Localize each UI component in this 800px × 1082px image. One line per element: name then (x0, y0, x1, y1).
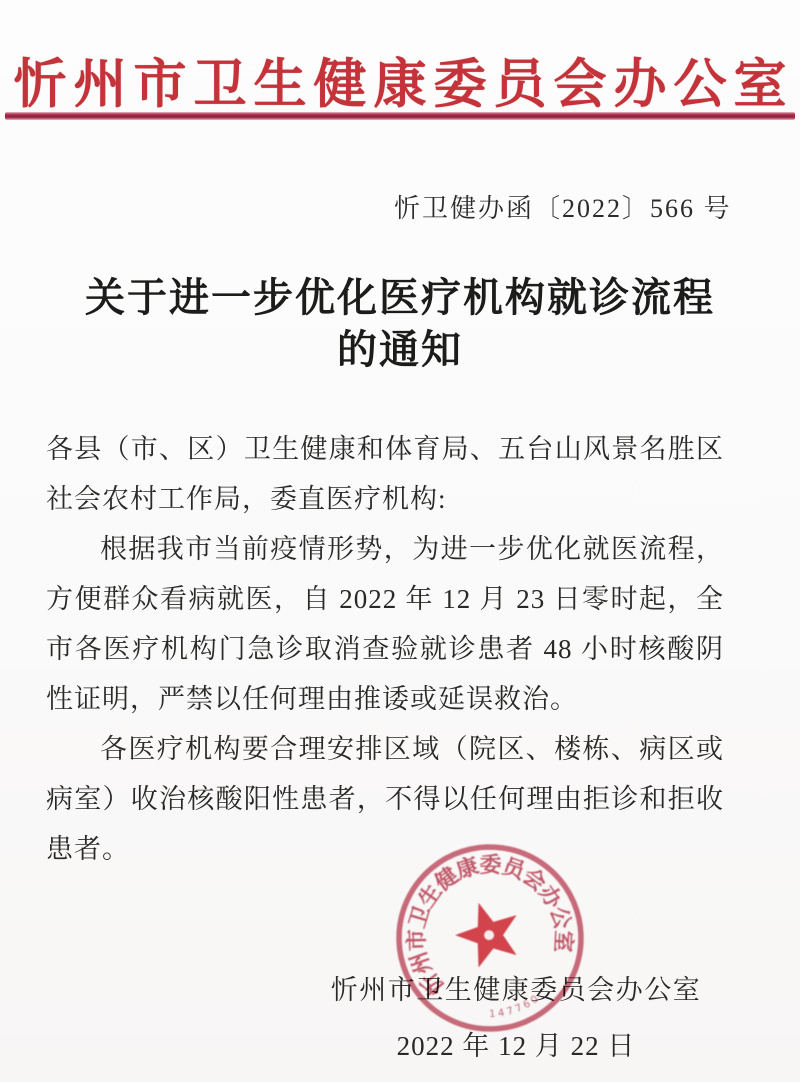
signature-date: 2022 年 12 月 22 日 (318, 1024, 714, 1063)
doc-body: 各县（市、区）卫生健康和体育局、五台山风景名胜区社会农村工作局，委直医疗机构: … (46, 424, 724, 874)
doc-title-line1: 关于进一步优化医疗机构就诊流程 (0, 272, 800, 324)
body-paragraph-1: 根据我市当前疫情形势，为进一步优化就医流程，方便群众看病就医，自 2022 年 … (46, 524, 724, 724)
body-paragraph-2: 各医疗机构要合理安排区域（院区、楼栋、病区或病室）收治核酸阳性患者，不得以任何理… (46, 724, 724, 874)
doc-reference-number: 忻卫健办函〔2022〕566 号 (394, 188, 732, 225)
official-document-page: 忻州市卫生健康委员会办公室 忻卫健办函〔2022〕566 号 关于进一步优化医疗… (0, 0, 800, 1082)
letterhead-divider-rule (5, 112, 795, 120)
letterhead-title: 忻州市卫生健康委员会办公室 (0, 42, 800, 118)
recipients-line: 各县（市、区）卫生健康和体育局、五台山风景名胜区社会农村工作局，委直医疗机构: (46, 424, 724, 524)
signature-block: 忻州市卫生健康委员会办公室 2022 年 12 月 22 日 (318, 968, 714, 1063)
signature-organization: 忻州市卫生健康委员会办公室 (318, 968, 714, 1007)
doc-title: 关于进一步优化医疗机构就诊流程 的通知 (0, 272, 800, 376)
star-icon (448, 893, 528, 971)
doc-title-line2: 的通知 (0, 324, 800, 376)
